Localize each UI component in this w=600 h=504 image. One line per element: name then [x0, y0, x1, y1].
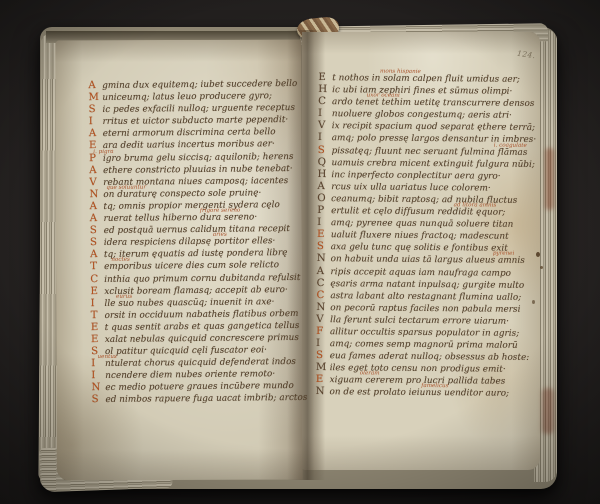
line-initial: C — [317, 279, 326, 289]
line-text: amq; pyrenee quas nunquā soluere titan — [331, 218, 514, 230]
line-text: orsit in occiduum nabatheis flatibus orb… — [105, 309, 299, 321]
line-initial: E — [317, 230, 326, 240]
parchment-stain — [545, 148, 554, 210]
line-text: ara dedit uarius incertus moribus aer· — [103, 140, 275, 152]
line-text: ix recipit spacium quod separat ęthere t… — [332, 122, 535, 134]
line-initial: A — [90, 250, 99, 260]
line-text: ic ubi iam zephiri fines et sūmus olimpi… — [332, 85, 512, 97]
line-initial: S — [89, 105, 98, 115]
interlinear-gloss: que soluuntur — [106, 184, 146, 190]
line-initial: E — [91, 335, 100, 345]
line-initial: F — [316, 327, 325, 337]
line-initial: I — [316, 339, 325, 349]
interlinear-gloss: uxor oceani — [367, 93, 400, 99]
line-initial: A — [317, 267, 326, 277]
line-text: xalat nebulas quicquid concrescere primu… — [105, 333, 299, 345]
line-initial: H — [318, 85, 327, 95]
line-initial: E — [91, 323, 100, 333]
line-initial: S — [92, 395, 101, 405]
wormhole-spot — [540, 266, 543, 269]
line-text: ripis accepit aquas iam naufraga campo — [331, 267, 512, 279]
interlinear-gloss: noctes — [111, 257, 130, 263]
line-text: gmina dux equitemq; iubet succedere bell… — [102, 79, 297, 91]
line-text: eterni armorum discrimina certa bello — [103, 128, 276, 140]
line-text: rritus et uictor subducto marte pependit… — [103, 115, 289, 127]
line-initial: N — [317, 254, 326, 264]
line-initial: A — [90, 214, 99, 224]
interlinear-gloss: ad litora amnis — [454, 202, 497, 208]
interlinear-gloss: frigore sereno — [200, 208, 240, 214]
line-initial: E — [318, 73, 327, 83]
line-text: on de est prolato ieiunus uenditor auro; — [329, 388, 509, 400]
manuscript-line: famelicus N on de est prolato ieiunus ue… — [316, 387, 536, 401]
line-text: ol patitur quicquid cęli fuscator eoi· — [105, 345, 267, 357]
line-text: ec medio potuere graues incūbere mundo — [105, 381, 294, 393]
interlinear-gloss: pyrenei — [493, 251, 514, 257]
line-initial: N — [91, 383, 100, 393]
line-text: nuoluere globos congestumq; aeris atri· — [332, 109, 512, 121]
interlinear-gloss: oleram — [360, 371, 380, 377]
line-text: ualuit fluxere niues fractoq; madescunt — [331, 230, 509, 242]
line-text: ardo tenet tethim uetitę transcurrere de… — [332, 97, 534, 109]
line-text: ed nimbos rapuere fuga uacat imbrib; arc… — [105, 393, 307, 405]
line-initial: V — [89, 178, 98, 188]
line-initial: S — [90, 238, 99, 248]
line-initial: P — [317, 206, 326, 216]
line-text: ntulerat chorus quicquid defenderat indo… — [105, 357, 296, 369]
line-text: t nothos in solam calpen fluit umidus ae… — [332, 73, 520, 85]
photo-background: 124. A gmina dux equitemq; iubet succede… — [0, 0, 600, 504]
line-text: emporibus uicere dies cum sole relicto — [104, 261, 279, 273]
line-text: tq; omnis propior mergenti sydera cęlo — [103, 200, 279, 212]
line-initial: I — [91, 371, 100, 381]
line-initial: M — [88, 93, 97, 103]
line-initial: S — [316, 351, 325, 361]
line-initial: I — [89, 117, 98, 127]
line-initial: N — [316, 303, 325, 313]
line-initial: Q — [318, 158, 327, 168]
line-initial: N — [89, 190, 98, 200]
line-text: ęsaris arma natant inpulsaq; gurgite mul… — [330, 279, 524, 291]
interlinear-gloss: i. coagulate — [494, 142, 527, 148]
line-initial: I — [91, 299, 100, 309]
line-initial: N — [316, 387, 325, 397]
line-text: inthia quo primum cornu dubitanda refuls… — [104, 272, 300, 284]
line-text: uamuis crebra micent extinguit fulgura n… — [331, 158, 534, 170]
line-initial: I — [318, 134, 327, 144]
line-initial: V — [316, 315, 325, 325]
parchment-stain — [542, 388, 554, 434]
line-initial: S — [318, 146, 327, 156]
line-initial: S — [90, 226, 99, 236]
interlinear-gloss: mons hispanie — [380, 69, 421, 75]
line-initial: A — [89, 166, 98, 176]
line-text: tq; iterum ęquatis ad iustę pondera libr… — [104, 248, 288, 260]
line-text: rcus uix ulla uariatus luce colorem· — [331, 182, 491, 193]
line-text: astra labant alto restagnant flumina ual… — [330, 291, 521, 303]
interlinear-gloss: famelicus — [421, 383, 448, 389]
line-initial: H — [317, 170, 326, 180]
line-initial: T — [91, 311, 100, 321]
line-text: ethere constricto pluuias in nube teneba… — [103, 164, 293, 176]
line-text: ruerat tellus hiberno dura sereno· — [104, 212, 258, 224]
line-text: idera respiciens dilapsę portitor elles· — [104, 236, 276, 248]
line-initial: E — [90, 287, 99, 297]
line-text: lla ferunt sulci tectarum errore uiarum· — [330, 315, 509, 327]
line-initial: V — [318, 121, 327, 131]
line-initial: C — [318, 97, 327, 107]
line-initial: T — [90, 262, 99, 272]
line-text: allitur occultis sparsus populator in ag… — [330, 327, 519, 339]
line-initial: I — [317, 218, 326, 228]
line-initial: I — [91, 359, 100, 369]
line-text: ic pedes exfacili nulloq; urguente recep… — [102, 103, 295, 115]
line-text: xiguam cererem pro lucri pallida tabes — [330, 375, 506, 387]
line-text: iles eget toto censu non prodigus emit· — [330, 363, 506, 375]
interlinear-gloss: aries — [213, 232, 227, 238]
line-initial: I — [318, 109, 327, 119]
line-initial: A — [88, 81, 97, 91]
line-text: ncendere diem nubes oriente remoto· — [105, 369, 275, 381]
line-initial: M — [316, 363, 325, 373]
line-text: t quas sentit arabs et quas gangetica te… — [105, 321, 300, 333]
line-text: igro bruma gelu siccisq; aquilonib; here… — [103, 152, 294, 164]
manuscript-line: S ed nimbos rapuere fuga uacat imbrib; a… — [92, 393, 304, 407]
line-initial: S — [317, 242, 326, 252]
interlinear-gloss: i. pigra — [93, 148, 113, 154]
line-text: inc inperfecto conplectitur aera gyro· — [331, 170, 500, 181]
line-text: eua fames aderat nulloq; obsessus ab hos… — [330, 351, 530, 363]
line-text: ed postquā uernus calidum titana recepit — [104, 224, 290, 236]
line-text: uniceumq; latus leuo producere gyro; — [102, 91, 272, 103]
line-initial: A — [89, 129, 98, 139]
line-initial: C — [316, 291, 325, 301]
line-initial: C — [90, 275, 99, 285]
line-initial: E — [316, 375, 325, 385]
interlinear-gloss: uentus — [98, 354, 117, 360]
right-page-text: mons hispanie E t nothos in solam calpen… — [316, 73, 539, 401]
line-text: amq; comes semp magnorū prima malorū — [330, 339, 518, 351]
line-initial: P — [89, 154, 98, 164]
line-text: on pecorū raptus faciles non pabula mers… — [330, 303, 520, 315]
line-initial: A — [90, 202, 99, 212]
line-text: axa gelu tunc quę solitis e fontibus exi… — [331, 242, 508, 254]
interlinear-gloss: eurus — [116, 293, 132, 299]
line-initial: A — [317, 182, 326, 192]
left-page-text: A gmina dux equitemq; iubet succedere be… — [88, 79, 303, 408]
line-initial: O — [317, 194, 326, 204]
